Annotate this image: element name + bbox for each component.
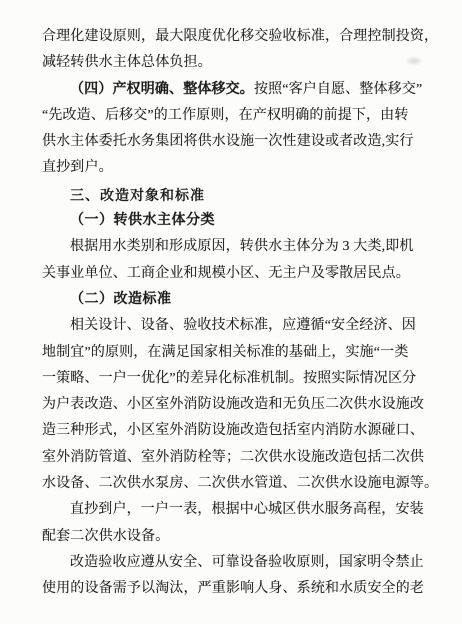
text-segment: 供水主体委托水务集团将供水设施一次性建设或者改造,实行: [42, 134, 414, 149]
text-line: （一）转供水主体分类: [42, 208, 424, 234]
text-line: 供水主体委托水务集团将供水设施一次性建设或者改造,实行: [42, 129, 424, 155]
text-segment: 地制宜”的原则，在满足国家相关标准的基础上，实施“一类: [42, 345, 408, 360]
text-line: 室外消防管道、室外消防栓等；二次供水设施改造包括二次供: [42, 445, 424, 471]
text-line: （二）改造标准: [42, 287, 424, 313]
text-segment: 造三种形式，小区室外消防设施改造包括室内消防水源碰口、: [42, 423, 424, 438]
text-segment: 使用的设备需予以淘汰，严重影响人身、系统和水质安全的老: [42, 581, 424, 596]
text-line: 为户表改造、小区室外消防设施改造和无负压二次供水设施改: [42, 392, 424, 418]
text-line: 直抄到户。: [42, 155, 424, 181]
text-line: 减轻转供水主体总体负担。: [42, 50, 424, 76]
text-line: 合理化建设原则，最大限度优化移交验收标准，合理控制投资，: [42, 24, 424, 50]
text-segment: 室外消防管道、室外消防栓等；二次供水设施改造包括二次供: [42, 450, 424, 465]
text-line: 直抄到户，一户一表，根据中心城区供水服务高程，安装: [42, 497, 424, 523]
text-segment: 根据用水类别和形成原因，转供水主体分为 3 大类,即机: [70, 239, 414, 254]
text-line: 根据用水类别和形成原因，转供水主体分为 3 大类,即机: [42, 234, 424, 260]
text-segment: 三、改造对象和标准: [70, 187, 205, 203]
text-segment: 改造验收应遵从安全、可靠设备验收原则，国家明令禁止: [70, 555, 424, 570]
text-line: 使用的设备需予以淘汰，严重影响人身、系统和水质安全的老: [42, 576, 424, 602]
text-segment: （一）转供水主体分类: [70, 213, 215, 228]
text-segment: 合理化建设原则，最大限度优化移交验收标准，合理控制投资，: [42, 29, 438, 44]
text-segment: 一策略、一户一优化”的差异化标准机制。按照实际情况区分: [42, 371, 416, 386]
text-line: 地制宜”的原则，在满足国家相关标准的基础上，实施“一类: [42, 340, 424, 366]
text-segment: 减轻转供水主体总体负担。: [42, 55, 212, 70]
text-line: 相关设计、设备、验收技术标准，应遵循“安全经济、因: [42, 313, 424, 339]
text-line: “先改造、后移交”的工作原则，在产权明确的前提下，由转: [42, 103, 424, 129]
document-page: 合理化建设原则，最大限度优化移交验收标准，合理控制投资，减轻转供水主体总体负担。…: [0, 0, 462, 624]
document-body: 合理化建设原则，最大限度优化移交验收标准，合理控制投资，减轻转供水主体总体负担。…: [42, 24, 424, 603]
text-segment: “先改造、后移交”的工作原则，在产权明确的前提下，由转: [42, 108, 408, 123]
text-segment: （四）产权明确、整体移交。: [70, 82, 254, 97]
scan-smudge-mark: [405, 56, 423, 66]
text-line: 造三种形式，小区室外消防设施改造包括室内消防水源碰口、: [42, 418, 424, 444]
text-segment: 配套二次供水设备。: [42, 529, 169, 544]
text-line: 一策略、一户一优化”的差异化标准机制。按照实际情况区分: [42, 366, 424, 392]
text-segment: 水设备、二次供水泵房、二次供水管道、二次供水设施电源等。: [42, 476, 438, 491]
text-segment: （二）改造标准: [70, 292, 172, 307]
text-segment: 直抄到户。: [42, 160, 113, 175]
text-line: 配套二次供水设备。: [42, 524, 424, 550]
text-line: 三、改造对象和标准: [42, 182, 424, 208]
text-segment: 直抄到户，一户一表，根据中心城区供水服务高程，安装: [70, 502, 424, 517]
text-line: （四）产权明确、整体移交。按照“客户自愿、整体移交”: [42, 77, 424, 103]
text-line: 改造验收应遵从安全、可靠设备验收原则，国家明令禁止: [42, 550, 424, 576]
text-segment: 相关设计、设备、验收技术标准，应遵循“安全经济、因: [70, 318, 416, 333]
text-segment: 按照“客户自愿、整体移交”: [254, 82, 422, 97]
text-segment: 为户表改造、小区室外消防设施改造和无负压二次供水设施改: [42, 397, 424, 412]
text-segment: 关事业单位、工商企业和规模小区、无主户及零散居民点。: [42, 266, 410, 281]
text-line: 水设备、二次供水泵房、二次供水管道、二次供水设施电源等。: [42, 471, 424, 497]
text-line: 关事业单位、工商企业和规模小区、无主户及零散居民点。: [42, 261, 424, 287]
